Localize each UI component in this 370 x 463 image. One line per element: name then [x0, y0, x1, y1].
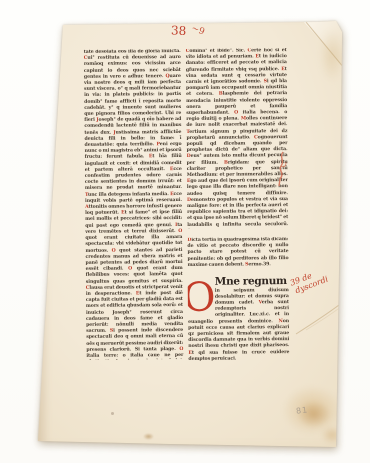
paragraph-sermon-summary: Dicta tertia in quadragesima ista dicam:…	[187, 237, 288, 271]
text-column-left: tate desolata eos illa de gloria inuicta…	[84, 49, 184, 360]
photo-background: 38~9 tate desolata eos illa de gloria in…	[0, 0, 370, 463]
paragraph-end-previous-sermon: Comina° et ibide°. Sic. Certe hoc si et …	[186, 48, 289, 229]
margin-nota-mark-icon	[276, 151, 288, 187]
lombard-initial-o: O	[186, 277, 213, 320]
text-column-right: Comina° et ibide°. Sic. Certe hoc si et …	[186, 48, 290, 361]
pencil-inventory-mark: 81	[295, 405, 308, 415]
sermon-heading: Mne regnum	[215, 275, 287, 288]
sermon-start-block: O Mne regnum in seipsum diuisum desolabi…	[188, 276, 290, 361]
leaf-surface: 38~9 tate desolata eos illa de gloria in…	[0, 0, 370, 463]
manuscript-leaf: 38~9 tate desolata eos illa de gloria in…	[0, 0, 370, 463]
text-block: tate desolata eos illa de gloria inuicta…	[0, 0, 370, 463]
